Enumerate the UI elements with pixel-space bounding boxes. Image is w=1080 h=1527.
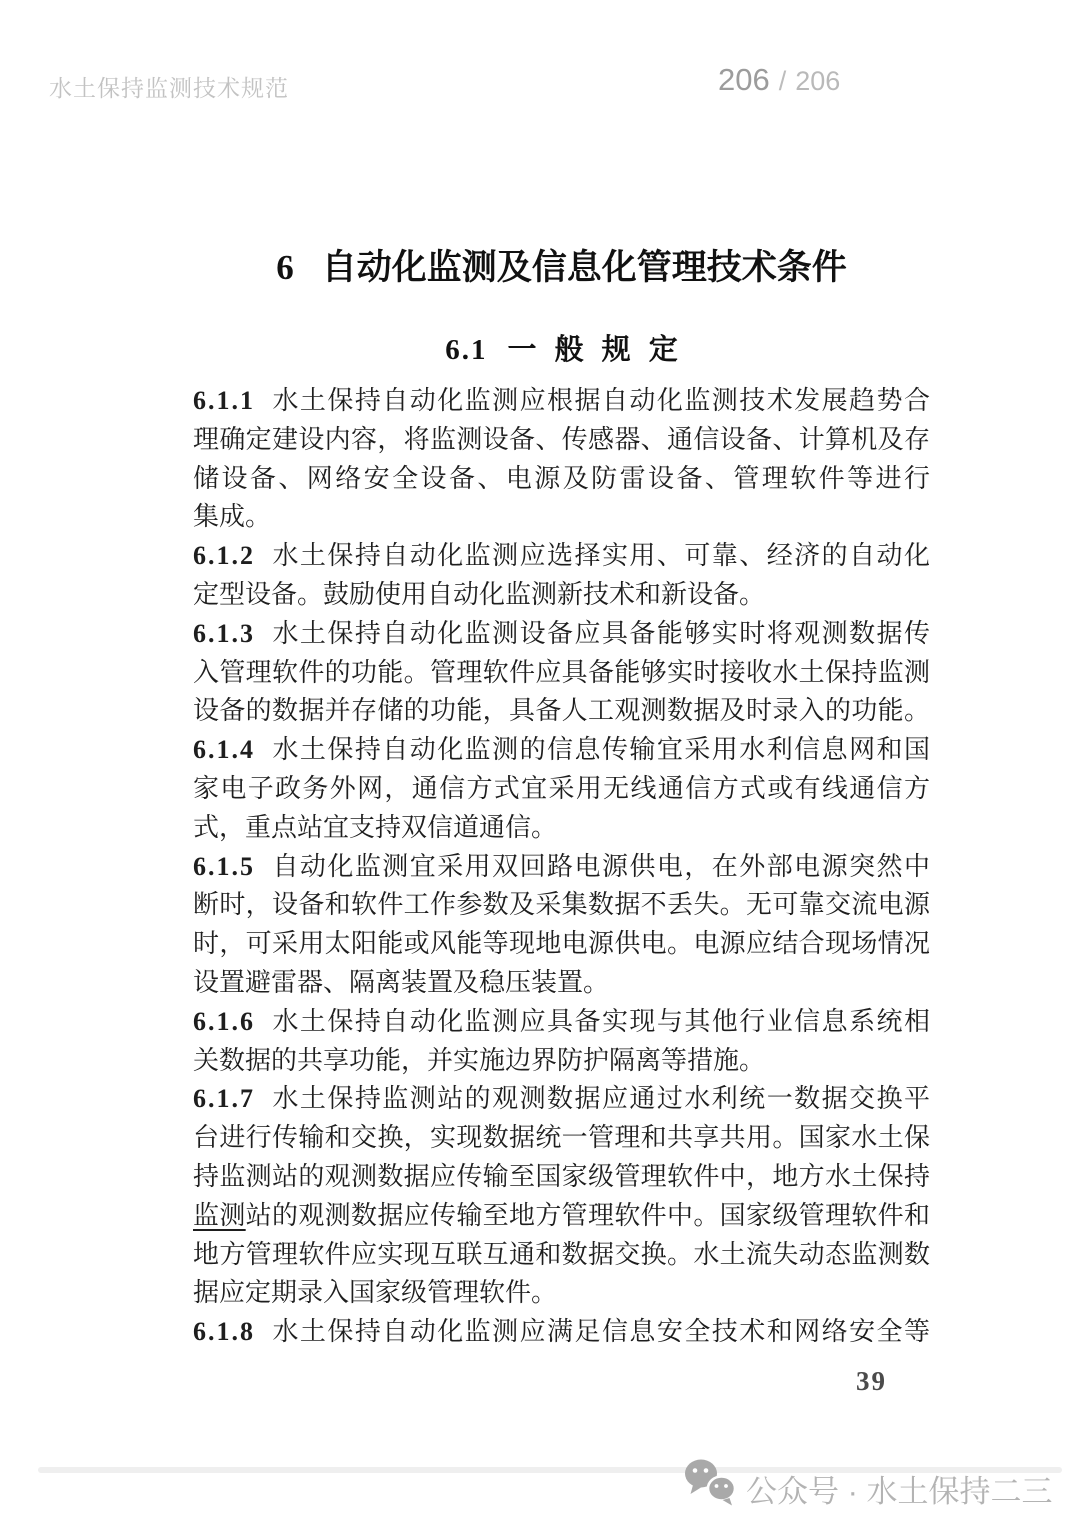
paragraph-6.1.5: 6.1.5自动化监测宜采用双回路电源供电，在外部电源突然中断时，设备和软件工作参… bbox=[193, 848, 930, 1003]
paragraph-6.1.4: 6.1.4水土保持自动化监测的信息传输宜采用水利信息网和国家电子政务外网，通信方… bbox=[193, 731, 930, 847]
body-line: 6.1.2水土保持自动化监测应选择实用、可靠、经济的自动化 bbox=[193, 537, 930, 576]
clause-number: 6.1.8 bbox=[193, 1317, 255, 1346]
body-line: 6.1.8水土保持自动化监测应满足信息安全技术和网络安全等 bbox=[193, 1313, 930, 1352]
body-line: 设备的数据并存储的功能，具备人工观测数据及时录入的功能。 bbox=[193, 692, 930, 731]
clause-number: 6.1.1 bbox=[193, 386, 255, 415]
body-line: 式，重点站宜支持双信道通信。 bbox=[193, 809, 930, 848]
clause-number: 6.1.6 bbox=[193, 1007, 255, 1036]
body-line: 6.1.3水土保持自动化监测设备应具备能够实时将观测数据传 bbox=[193, 615, 930, 654]
body-line: 理确定建设内容，将监测设备、传感器、通信设备、计算机及存 bbox=[193, 421, 930, 460]
paragraph-6.1.3: 6.1.3水土保持自动化监测设备应具备能够实时将观测数据传入管理软件的功能。管理… bbox=[193, 615, 930, 731]
underlined-text: 监测 bbox=[193, 1201, 246, 1230]
body-line: 6.1.5自动化监测宜采用双回路电源供电，在外部电源突然中 bbox=[193, 848, 930, 887]
book-page-number: 39 bbox=[856, 1366, 887, 1397]
body-line: 入管理软件的功能。管理软件应具备能够实时接收水土保持监测 bbox=[193, 654, 930, 693]
paragraph-6.1.8: 6.1.8水土保持自动化监测应满足信息安全技术和网络安全等 bbox=[193, 1313, 930, 1352]
document-header-title: 水土保持监测技术规范 bbox=[49, 70, 289, 103]
page-indicator: 206 / 206 bbox=[718, 62, 840, 98]
body-text: 6.1.1水土保持自动化监测应根据自动化监测技术发展趋势合理确定建设内容，将监测… bbox=[193, 382, 930, 1352]
paragraph-6.1.2: 6.1.2水土保持自动化监测应选择实用、可靠、经济的自动化定型设备。鼓励使用自动… bbox=[193, 537, 930, 615]
section-title-text: 一 般 规 定 bbox=[508, 334, 678, 366]
clause-number: 6.1.2 bbox=[193, 541, 255, 570]
body-line: 台进行传输和交换，实现数据统一管理和共享共用。国家水土保 bbox=[193, 1119, 930, 1158]
document-page: 水土保持监测技术规范 206 / 206 6自动化监测及信息化管理技术条件 6.… bbox=[0, 0, 1080, 1527]
clause-number: 6.1.4 bbox=[193, 735, 255, 764]
paragraph-6.1.7: 6.1.7水土保持监测站的观测数据应通过水利统一数据交换平台进行传输和交换，实现… bbox=[193, 1080, 930, 1313]
body-line: 定型设备。鼓励使用自动化监测新技术和新设备。 bbox=[193, 576, 930, 615]
body-line: 断时，设备和软件工作参数及采集数据不丢失。无可靠交流电源 bbox=[193, 886, 930, 925]
clause-number: 6.1.7 bbox=[193, 1084, 255, 1113]
body-line: 持监测站的观测数据应传输至国家级管理软件中，地方水土保持 bbox=[193, 1158, 930, 1197]
body-line: 集成。 bbox=[193, 498, 930, 537]
paragraph-6.1.6: 6.1.6水土保持自动化监测应具备实现与其他行业信息系统相关数据的共享功能，并实… bbox=[193, 1003, 930, 1081]
page-indicator-separator: / bbox=[779, 66, 787, 97]
body-line: 家电子政务外网，通信方式宜采用无线通信方式或有线通信方 bbox=[193, 770, 930, 809]
paragraph-6.1.1: 6.1.1水土保持自动化监测应根据自动化监测技术发展趋势合理确定建设内容，将监测… bbox=[193, 382, 930, 537]
clause-number: 6.1.3 bbox=[193, 619, 255, 648]
body-line: 储设备、网络安全设备、电源及防雷设备、管理软件等进行 bbox=[193, 460, 930, 499]
body-line: 据应定期录入国家级管理软件。 bbox=[193, 1274, 930, 1313]
section-heading: 6.1一 般 规 定 bbox=[193, 327, 930, 368]
chapter-title-text: 自动化监测及信息化管理技术条件 bbox=[322, 248, 847, 287]
section-number: 6.1 bbox=[445, 334, 487, 366]
body-line: 时，可采用太阳能或风能等现地电源供电。电源应结合现场情况 bbox=[193, 925, 930, 964]
watermark-text: 公众号 · 水土保持二三 bbox=[746, 1466, 1053, 1511]
body-line: 设置避雷器、隔离装置及稳压装置。 bbox=[193, 964, 930, 1003]
body-line: 6.1.7水土保持监测站的观测数据应通过水利统一数据交换平 bbox=[193, 1080, 930, 1119]
body-line: 监测站的观测数据应传输至地方管理软件中。国家级管理软件和 bbox=[193, 1197, 930, 1236]
body-line: 6.1.6水土保持自动化监测应具备实现与其他行业信息系统相 bbox=[193, 1003, 930, 1042]
body-line: 6.1.1水土保持自动化监测应根据自动化监测技术发展趋势合 bbox=[193, 382, 930, 421]
chapter-heading: 6自动化监测及信息化管理技术条件 bbox=[193, 240, 930, 290]
body-line: 6.1.4水土保持自动化监测的信息传输宜采用水利信息网和国 bbox=[193, 731, 930, 770]
page-indicator-current: 206 bbox=[718, 62, 770, 98]
wechat-icon bbox=[684, 1458, 738, 1506]
clause-number: 6.1.5 bbox=[193, 852, 255, 881]
body-line: 地方管理软件应实现互联互通和数据交换。水土流失动态监测数 bbox=[193, 1236, 930, 1275]
body-line: 关数据的共享功能，并实施边界防护隔离等措施。 bbox=[193, 1042, 930, 1081]
page-indicator-total: 206 bbox=[795, 66, 840, 97]
chapter-number: 6 bbox=[276, 248, 294, 287]
